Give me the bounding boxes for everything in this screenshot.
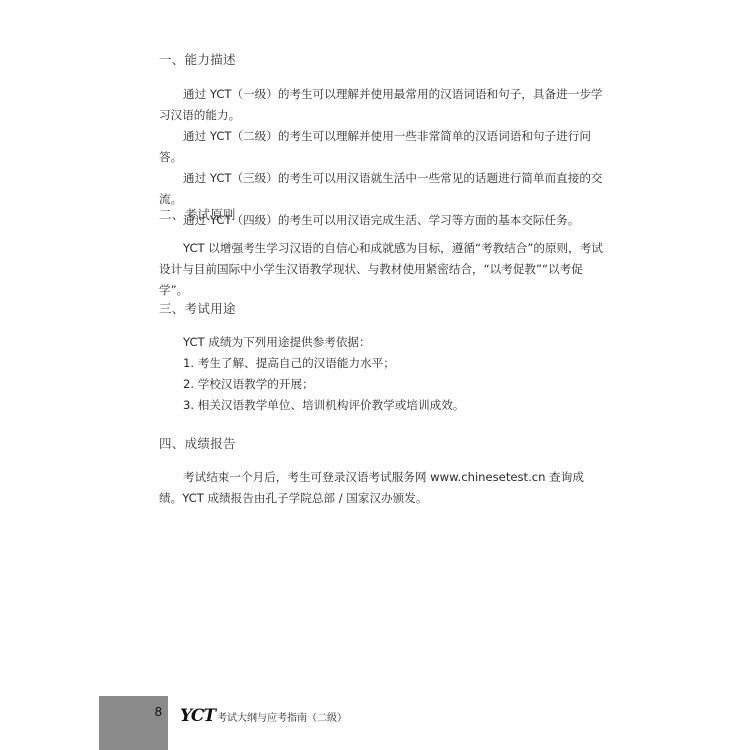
page-number-box: 8 (99, 696, 168, 750)
section-body-principle: YCT 以增强考生学习汉语的自信心和成就感为目标，遵循“考教结合”的原则，考试设… (159, 238, 605, 301)
document-page: 一、能力描述 通过 YCT（一级）的考生可以理解并使用最常用的汉语词语和句子，具… (0, 0, 750, 750)
section-body-report: 考试结束一个月后，考生可登录汉语考试服务网 www.chinesetest.cn… (159, 467, 605, 509)
section-body-usage: YCT 成绩为下列用途提供参考依据： 1. 考生了解、提高自己的汉语能力水平； … (183, 332, 464, 416)
page-number: 8 (155, 704, 162, 719)
section-heading-ability: 一、能力描述 (159, 50, 236, 68)
list-item: 3. 相关汉语教学单位、培训机构评价教学或培训成效。 (183, 395, 464, 416)
book-title: 考试大纲与应考指南（二级） (217, 709, 347, 724)
list-item: 1. 考生了解、提高自己的汉语能力水平； (183, 353, 464, 374)
paragraph: YCT 以增强考生学习汉语的自信心和成就感为目标，遵循“考教结合”的原则，考试设… (159, 238, 605, 301)
list-item: 2. 学校汉语教学的开展； (183, 374, 464, 395)
paragraph: 通过 YCT（三级）的考生可以用汉语就生活中一些常见的话题进行简单而直接的交流。 (159, 168, 605, 210)
usage-intro: YCT 成绩为下列用途提供参考依据： (183, 332, 464, 353)
running-footer: YCT 考试大纲与应考指南（二级） (180, 706, 347, 726)
section-heading-principle: 二、考试原则 (159, 205, 236, 223)
paragraph: 通过 YCT（二级）的考生可以理解并使用一些非常简单的汉语词语和句子进行问答。 (159, 126, 605, 168)
yct-logo: YCT (180, 706, 215, 726)
paragraph: 通过 YCT（一级）的考生可以理解并使用最常用的汉语词语和句子，具备进一步学习汉… (159, 84, 605, 126)
section-heading-usage: 三、考试用途 (159, 299, 236, 317)
paragraph: 考试结束一个月后，考生可登录汉语考试服务网 www.chinesetest.cn… (159, 467, 605, 509)
section-heading-report: 四、成绩报告 (159, 434, 236, 452)
